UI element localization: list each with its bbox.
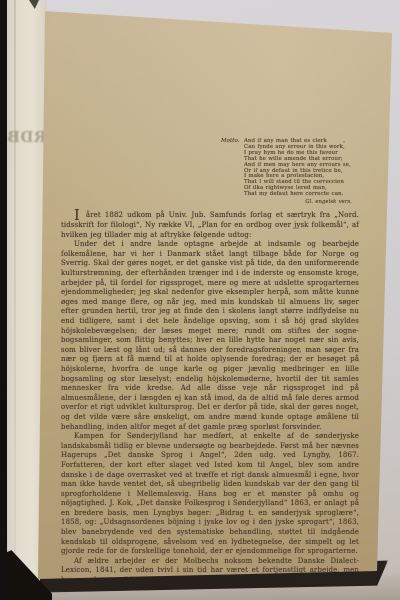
body-text: I året 1882 udkom på Univ. Jub. Samfunds… <box>61 211 359 600</box>
paragraph-sonderjylland: Kampen for Sønderjylland har medført, at… <box>61 432 359 557</box>
motto-label: Motto. <box>221 139 240 145</box>
signature-mark: a* <box>61 595 359 600</box>
paragraph-intro: I året 1882 udkom på Univ. Jub. Samfunds… <box>61 211 359 240</box>
motto-block: Motto. And if any man that es clerk Can … <box>221 139 359 205</box>
paper-speck <box>168 560 170 562</box>
page-text-block: Motto. And if any man that es clerk Can … <box>61 139 359 600</box>
drop-cap-initial: I <box>74 208 80 224</box>
paper-speck <box>343 141 345 143</box>
motto-attribution: Gl. engelsk vers. <box>244 200 359 206</box>
paragraph-excerpt: Under det i andre lande optagne arbejde … <box>61 240 359 432</box>
motto-line: That my defaut here correcte can. <box>244 192 359 198</box>
paper-speck <box>297 547 299 549</box>
book-photo: ORDBOG Motto. And if any man that es cle… <box>0 0 400 600</box>
page-edge-crease <box>14 0 16 592</box>
photo-edge <box>0 0 7 600</box>
paper-speck <box>146 543 148 545</box>
paragraph-intro-text: året 1882 udkom på Univ. Jub. Samfunds f… <box>61 211 359 238</box>
book-page: Motto. And if any man that es clerk Can … <box>0 0 400 600</box>
